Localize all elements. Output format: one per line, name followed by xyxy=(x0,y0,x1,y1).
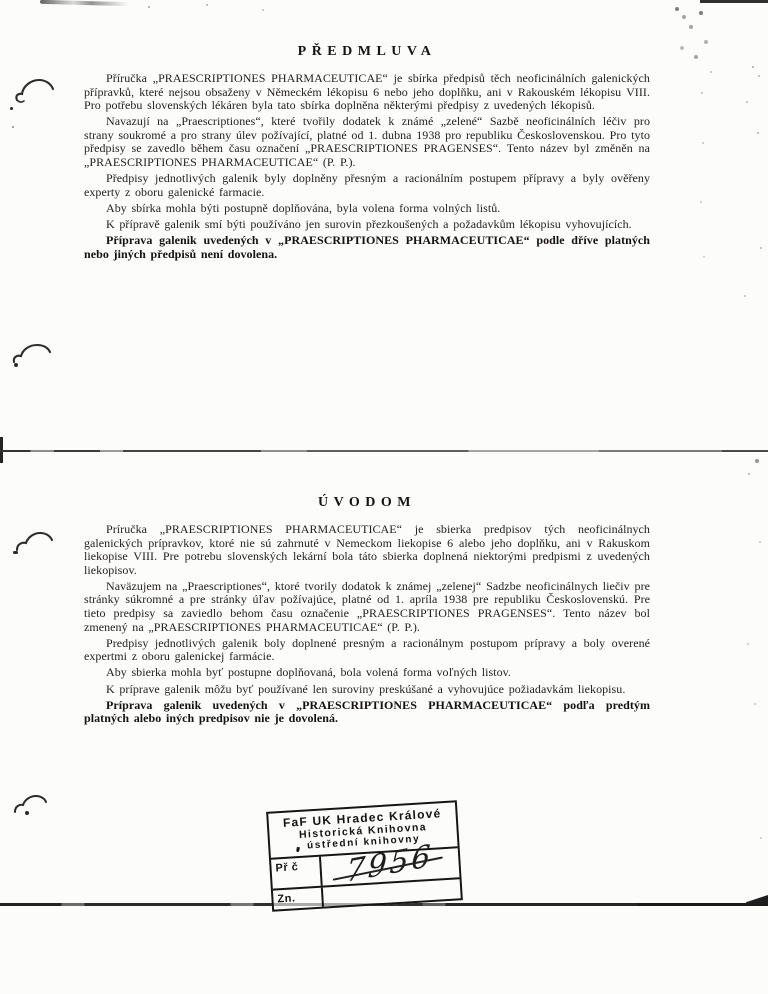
paragraph: Navazují na „Praescriptiones“, které tvo… xyxy=(84,115,650,169)
pen-mark-icon xyxy=(12,793,48,817)
section-title-predmluva: PŘEDMLUVA xyxy=(84,44,650,60)
pen-mark-icon xyxy=(13,77,55,105)
paragraph: Aby sbírka mohla býti postupně doplňován… xyxy=(84,202,650,216)
scanned-page: PŘEDMLUVA Příručka „PRAESCRIPTIONES PHAR… xyxy=(0,0,768,994)
paragraph: K přípravě galenik smí býti používáno je… xyxy=(84,218,650,232)
dust-speckles xyxy=(0,0,2,2)
ink-dot xyxy=(13,551,18,554)
scan-edge-mark xyxy=(746,895,768,904)
paragraph: Naväzujem na „Praescriptiones“, ktoré tv… xyxy=(84,580,650,634)
section-uvodom: ÚVODOM Príručka „PRAESCRIPTIONES PHARMAC… xyxy=(84,495,650,728)
stamp-label-signature: Zn. xyxy=(273,888,324,910)
stamp-label-accession: Př č xyxy=(271,857,323,889)
paragraph-emphasis: Príprava galenik uvedených v „PRAESCRIPT… xyxy=(84,699,650,726)
ink-dot xyxy=(25,811,29,815)
scan-smudge xyxy=(40,0,128,6)
paragraph: Predpisy jednotlivých galenik boly dopln… xyxy=(84,637,650,664)
ink-dot xyxy=(10,107,13,110)
scan-edge-line xyxy=(700,0,768,3)
page-separator-line xyxy=(0,450,768,452)
paragraph: Příručka „PRAESCRIPTIONES PHARMACEUTICAE… xyxy=(84,72,650,113)
section-predmluva: PŘEDMLUVA Příručka „PRAESCRIPTIONES PHAR… xyxy=(84,44,650,264)
ink-dot xyxy=(14,363,18,367)
library-stamp: FaF UK Hradec Králové Historická Knihovn… xyxy=(266,800,463,911)
section-title-uvodom: ÚVODOM xyxy=(84,495,650,511)
paragraph-emphasis: Příprava galenik uvedených v „PRAESCRIPT… xyxy=(84,234,650,261)
paragraph: Předpisy jednotlivých galenik byly dopln… xyxy=(84,172,650,199)
pen-mark-icon xyxy=(14,530,54,556)
paragraph: K príprave galenik môžu byť používané le… xyxy=(84,683,650,697)
paragraph: Príručka „PRAESCRIPTIONES PHARMACEUTICAE… xyxy=(84,523,650,577)
paragraph: Aby sbierka mohla byť postupne doplňovan… xyxy=(84,666,650,680)
